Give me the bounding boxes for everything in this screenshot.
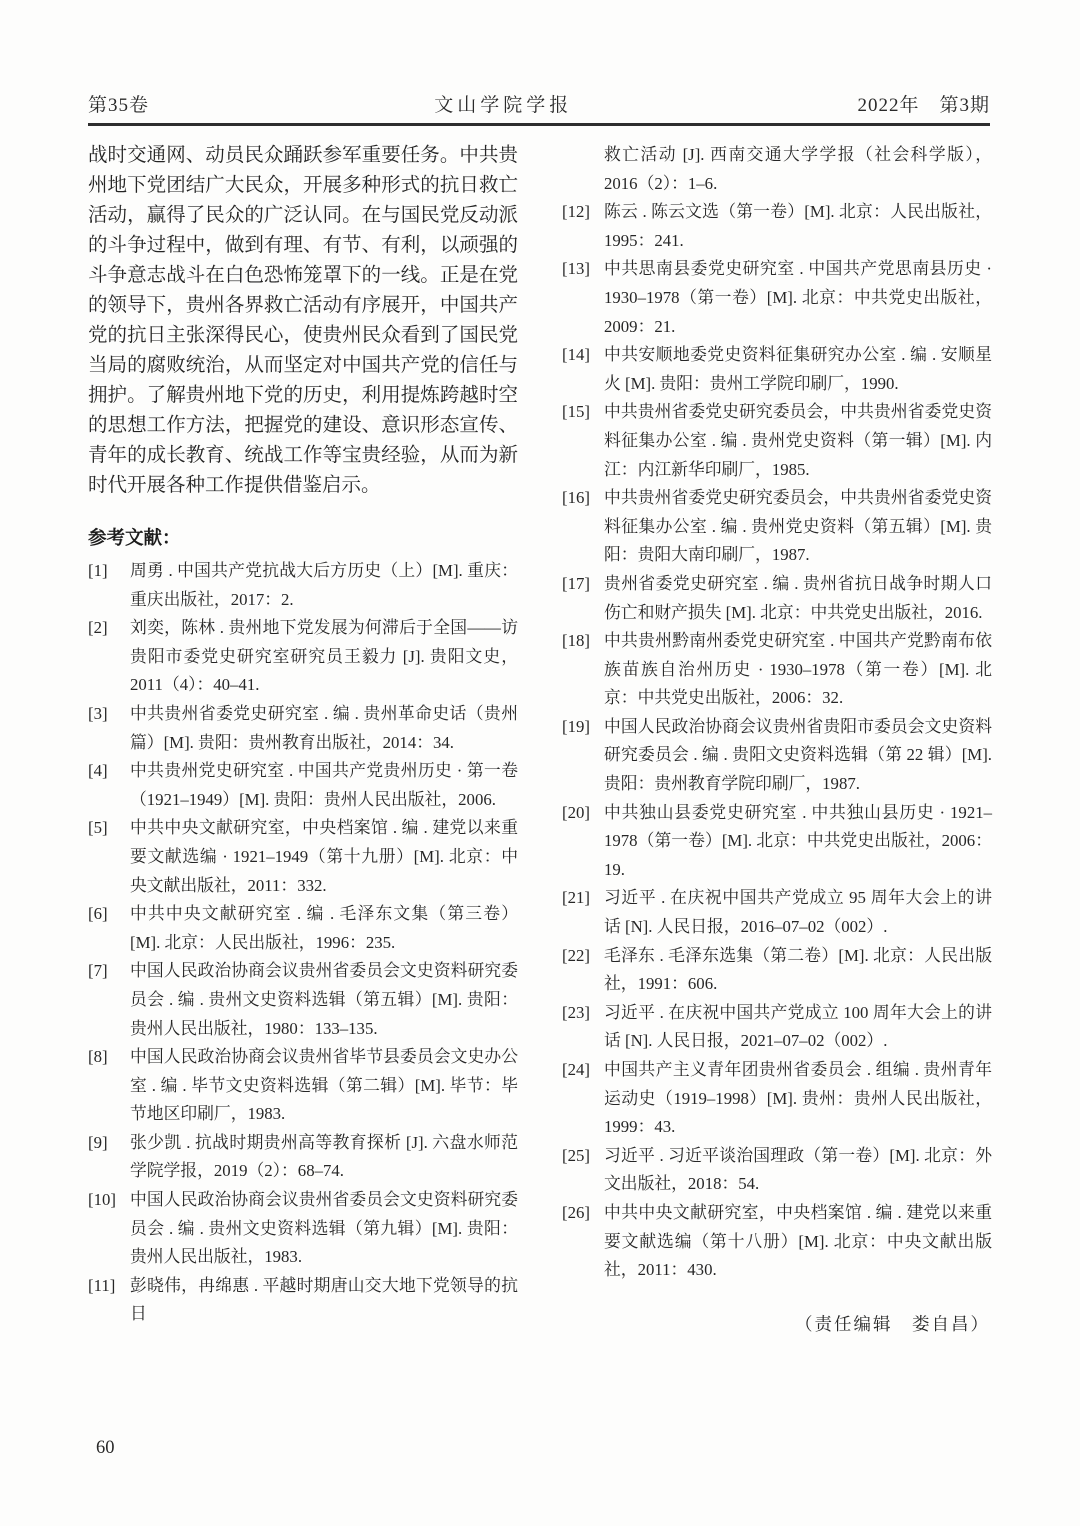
reference-text: 陈云 . 陈云文选（第一卷）[M]. 北京：人民出版社，1995：241.	[604, 198, 992, 255]
reference-number: [4]	[88, 757, 130, 814]
reference-item: [23] 习近平 . 在庆祝中国共产党成立 100 周年大会上的讲话 [N]. …	[562, 999, 992, 1056]
reference-item: [6] 中共中央文献研究室 . 编 . 毛泽东文集（第三卷）[M]. 北京：人民…	[88, 900, 518, 957]
reference-item: [3] 中共贵州省委党史研究室 . 编 . 贵州革命史话（贵州篇）[M]. 贵阳…	[88, 700, 518, 757]
header-volume: 第35卷	[88, 90, 149, 117]
reference-text: 中共中央文献研究室，中央档案馆 . 编 . 建党以来重要文献选编（第十八册）[M…	[604, 1199, 992, 1285]
reference-item: [18] 中共贵州黔南州委党史研究室 . 中国共产党黔南布依族苗族自治州历史 ·…	[562, 627, 992, 713]
reference-number: [21]	[562, 884, 604, 941]
editor-note: （责任编辑 娄自昌）	[562, 1311, 990, 1336]
reference-item: [10] 中国人民政治协商会议贵州省委员会文史资料研究委员会 . 编 . 贵州文…	[88, 1186, 518, 1272]
reference-number: [2]	[88, 614, 130, 700]
reference-item: [22] 毛泽东 . 毛泽东选集（第二卷）[M]. 北京：人民出版社，1991：…	[562, 942, 992, 999]
reference-number: [3]	[88, 700, 130, 757]
reference-text: 中共贵州省委党史研究委员会，中共贵州省委党史资料征集办公室 . 编 . 贵州党史…	[604, 484, 992, 570]
reference-number: [22]	[562, 942, 604, 999]
reference-text: 习近平 . 习近平谈治国理政（第一卷）[M]. 北京：外文出版社，2018：54…	[604, 1142, 992, 1199]
reference-number: [18]	[562, 627, 604, 713]
reference-text: 中国人民政治协商会议贵州省贵阳市委员会文史资料研究委员会 . 编 . 贵阳文史资…	[604, 713, 992, 799]
reference-text: 张少凯 . 抗战时期贵州高等教育探析 [J]. 六盘水师范学院学报，2019（2…	[130, 1129, 518, 1186]
reference-item: [17] 贵州省委党史研究室 . 编 . 贵州省抗日战争时期人口伤亡和财产损失 …	[562, 570, 992, 627]
reference-text: 中国共产主义青年团贵州省委员会 . 组编 . 贵州青年运动史（1919–1998…	[604, 1056, 992, 1142]
reference-number: [10]	[88, 1186, 130, 1272]
references-list-left: [1] 周勇 . 中国共产党抗战大后方历史（上）[M]. 重庆：重庆出版社，20…	[88, 557, 518, 1329]
reference-item: [4] 中共贵州党史研究室 . 中国共产党贵州历史 · 第一卷（1921–194…	[88, 757, 518, 814]
reference-item: 救亡活动 [J]. 西南交通大学学报（社会科学版），2016（2）：1–6.	[562, 141, 992, 198]
reference-number: [23]	[562, 999, 604, 1056]
reference-item: [13] 中共思南县委党史研究室 . 中国共产党思南县历史 · 1930–197…	[562, 255, 992, 341]
reference-item: [1] 周勇 . 中国共产党抗战大后方历史（上）[M]. 重庆：重庆出版社，20…	[88, 557, 518, 614]
reference-number: [11]	[88, 1272, 130, 1329]
right-column: 救亡活动 [J]. 西南交通大学学报（社会科学版），2016（2）：1–6. […	[562, 141, 992, 1336]
references-list-right: 救亡活动 [J]. 西南交通大学学报（社会科学版），2016（2）：1–6. […	[562, 141, 992, 1285]
reference-item: [21] 习近平 . 在庆祝中国共产党成立 95 周年大会上的讲话 [N]. 人…	[562, 884, 992, 941]
journal-page: 第35卷 文山学院学报 2022年 第3期 战时交通网、动员民众踊跃参军重要任务…	[0, 0, 1080, 1526]
reference-number: [26]	[562, 1199, 604, 1285]
reference-text: 中共贵州黔南州委党史研究室 . 中国共产党黔南布依族苗族自治州历史 · 1930…	[604, 627, 992, 713]
header-issue: 2022年 第3期	[857, 90, 990, 117]
reference-text: 贵州省委党史研究室 . 编 . 贵州省抗日战争时期人口伤亡和财产损失 [M]. …	[604, 570, 992, 627]
reference-number: [12]	[562, 198, 604, 255]
reference-number	[562, 141, 604, 198]
reference-item: [19] 中国人民政治协商会议贵州省贵阳市委员会文史资料研究委员会 . 编 . …	[562, 713, 992, 799]
reference-text: 周勇 . 中国共产党抗战大后方历史（上）[M]. 重庆：重庆出版社，2017：2…	[130, 557, 518, 614]
reference-number: [16]	[562, 484, 604, 570]
reference-item: [12] 陈云 . 陈云文选（第一卷）[M]. 北京：人民出版社，1995：24…	[562, 198, 992, 255]
reference-text: 刘奕，陈林 . 贵州地下党发展为何滞后于全国——访贵阳市委党史研究室研究员王毅力…	[130, 614, 518, 700]
reference-text: 中国人民政治协商会议贵州省委员会文史资料研究委员会 . 编 . 贵州文史资料选辑…	[130, 957, 518, 1043]
header-journal-title: 文山学院学报	[434, 90, 572, 117]
reference-text: 中共思南县委党史研究室 . 中国共产党思南县历史 · 1930–1978（第一卷…	[604, 255, 992, 341]
reference-number: [13]	[562, 255, 604, 341]
reference-item: [5] 中共中央文献研究室，中央档案馆 . 编 . 建党以来重要文献选编 · 1…	[88, 814, 518, 900]
reference-item: [2] 刘奕，陈林 . 贵州地下党发展为何滞后于全国——访贵阳市委党史研究室研究…	[88, 614, 518, 700]
reference-text: 中国人民政治协商会议贵州省毕节县委员会文史办公室 . 编 . 毕节文史资料选辑（…	[130, 1043, 518, 1129]
reference-text: 毛泽东 . 毛泽东选集（第二卷）[M]. 北京：人民出版社，1991：606.	[604, 942, 992, 999]
reference-text: 中国人民政治协商会议贵州省委员会文史资料研究委员会 . 编 . 贵州文史资料选辑…	[130, 1186, 518, 1272]
reference-number: [14]	[562, 341, 604, 398]
reference-number: [1]	[88, 557, 130, 614]
reference-item: [16] 中共贵州省委党史研究委员会，中共贵州省委党史资料征集办公室 . 编 .…	[562, 484, 992, 570]
reference-text: 习近平 . 在庆祝中国共产党成立 100 周年大会上的讲话 [N]. 人民日报，…	[604, 999, 992, 1056]
reference-item: [15] 中共贵州省委党史研究委员会，中共贵州省委党史资料征集办公室 . 编 .…	[562, 398, 992, 484]
reference-number: [9]	[88, 1129, 130, 1186]
reference-item: [14] 中共安顺地委党史资料征集研究办公室 . 编 . 安顺星火 [M]. 贵…	[562, 341, 992, 398]
reference-number: [17]	[562, 570, 604, 627]
reference-item: [7] 中国人民政治协商会议贵州省委员会文史资料研究委员会 . 编 . 贵州文史…	[88, 957, 518, 1043]
references-heading: 参考文献：	[88, 525, 518, 554]
left-column: 战时交通网、动员民众踊跃参军重要任务。中共贵州地下党团结广大民众，开展多种形式的…	[88, 141, 518, 1336]
reference-text: 中共贵州党史研究室 . 中国共产党贵州历史 · 第一卷（1921–1949）[M…	[130, 757, 518, 814]
reference-item: [26] 中共中央文献研究室，中央档案馆 . 编 . 建党以来重要文献选编（第十…	[562, 1199, 992, 1285]
reference-text: 中共安顺地委党史资料征集研究办公室 . 编 . 安顺星火 [M]. 贵阳：贵州工…	[604, 341, 992, 398]
reference-number: [5]	[88, 814, 130, 900]
reference-text: 习近平 . 在庆祝中国共产党成立 95 周年大会上的讲话 [N]. 人民日报，2…	[604, 884, 992, 941]
reference-number: [20]	[562, 799, 604, 885]
reference-number: [19]	[562, 713, 604, 799]
page-header: 第35卷 文山学院学报 2022年 第3期	[88, 90, 990, 117]
reference-number: [25]	[562, 1142, 604, 1199]
reference-text: 中共中央文献研究室 . 编 . 毛泽东文集（第三卷）[M]. 北京：人民出版社，…	[130, 900, 518, 957]
reference-item: [25] 习近平 . 习近平谈治国理政（第一卷）[M]. 北京：外文出版社，20…	[562, 1142, 992, 1199]
reference-text: 中共中央文献研究室，中央档案馆 . 编 . 建党以来重要文献选编 · 1921–…	[130, 814, 518, 900]
reference-number: [15]	[562, 398, 604, 484]
reference-item: [11] 彭晓伟，冉绵惠 . 平越时期唐山交大地下党领导的抗日	[88, 1272, 518, 1329]
reference-number: [8]	[88, 1043, 130, 1129]
reference-item: [9] 张少凯 . 抗战时期贵州高等教育探析 [J]. 六盘水师范学院学报，20…	[88, 1129, 518, 1186]
reference-number: [24]	[562, 1056, 604, 1142]
reference-item: [8] 中国人民政治协商会议贵州省毕节县委员会文史办公室 . 编 . 毕节文史资…	[88, 1043, 518, 1129]
reference-text: 中共独山县委党史研究室 . 中共独山县历史 · 1921–1978（第一卷）[M…	[604, 799, 992, 885]
body-paragraph: 战时交通网、动员民众踊跃参军重要任务。中共贵州地下党团结广大民众，开展多种形式的…	[88, 141, 518, 501]
reference-number: [6]	[88, 900, 130, 957]
reference-text: 彭晓伟，冉绵惠 . 平越时期唐山交大地下党领导的抗日	[130, 1272, 518, 1329]
reference-number: [7]	[88, 957, 130, 1043]
reference-text: 中共贵州省委党史研究室 . 编 . 贵州革命史话（贵州篇）[M]. 贵阳：贵州教…	[130, 700, 518, 757]
reference-text: 中共贵州省委党史研究委员会，中共贵州省委党史资料征集办公室 . 编 . 贵州党史…	[604, 398, 992, 484]
content-columns: 战时交通网、动员民众踊跃参军重要任务。中共贵州地下党团结广大民众，开展多种形式的…	[88, 141, 992, 1336]
page-number: 60	[96, 1438, 115, 1459]
header-rule	[88, 123, 990, 126]
reference-item: [20] 中共独山县委党史研究室 . 中共独山县历史 · 1921–1978（第…	[562, 799, 992, 885]
reference-text: 救亡活动 [J]. 西南交通大学学报（社会科学版），2016（2）：1–6.	[604, 141, 992, 198]
reference-item: [24] 中国共产主义青年团贵州省委员会 . 组编 . 贵州青年运动史（1919…	[562, 1056, 992, 1142]
